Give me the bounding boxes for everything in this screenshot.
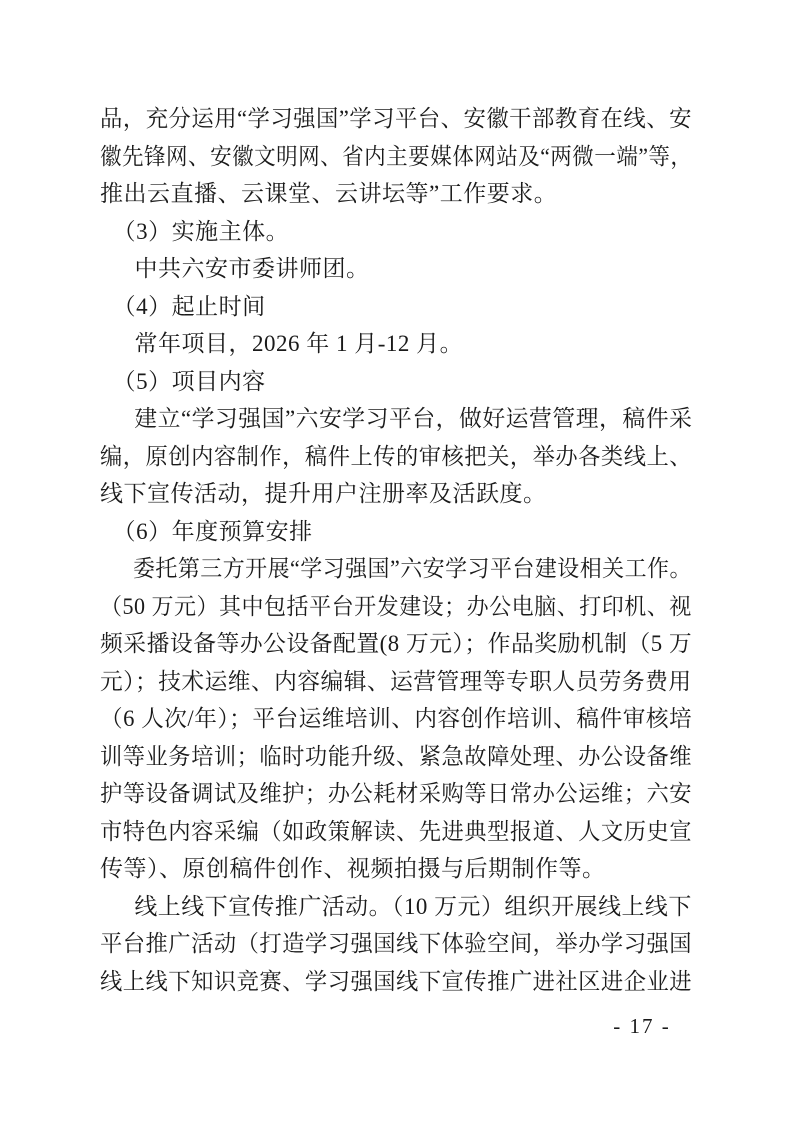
text-line: 线下宣传活动，提升用户注册率及活跃度。 bbox=[100, 475, 692, 513]
text-line: 频采播设备等办公设备配置(8 万元）；作品奖励机制（5 万 bbox=[100, 625, 687, 663]
text-line: 线上线下宣传推广活动。（10 万元）组织开展线上线下 bbox=[100, 888, 690, 926]
text-line: 平台推广活动（打造学习强国线下体验空间，举办学习强国 bbox=[100, 925, 674, 963]
document-body: 品，充分运用“学习强国”学习平台、安徽干部教育在线、安徽先锋网、安徽文明网、省内… bbox=[100, 100, 692, 1000]
text-line: 传等）、原创稿件创作、视频拍摄与后期制作等。 bbox=[100, 850, 692, 888]
text-line: 护等设备调试及维护；办公耗材采购等日常办公运维；六安 bbox=[100, 775, 674, 813]
text-line: （5）项目内容 bbox=[100, 363, 692, 401]
text-line: 推出云直播、云课堂、云讲坛等”工作要求。 bbox=[100, 175, 692, 213]
text-line: 元）；技术运维、内容编辑、运营管理等专职人员劳务费用 bbox=[100, 663, 684, 701]
text-line: （6 人次/年）；平台运维培训、内容创作培训、稿件审核培 bbox=[100, 700, 683, 738]
text-line: 中共六安市委讲师团。 bbox=[100, 250, 692, 288]
text-line: （50 万元）其中包括平台开发建设；办公电脑、打印机、视 bbox=[100, 588, 667, 626]
text-line: 委托第三方开展“学习强国”六安学习平台建设相关工作。 bbox=[100, 550, 665, 588]
text-line: 编，原创内容制作，稿件上传的审核把关，举办各类线上、 bbox=[100, 438, 674, 476]
text-line: 线上线下知识竞赛、学习强国线下宣传推广进社区进企业进 bbox=[100, 963, 674, 1001]
text-line: （3）实施主体。 bbox=[100, 213, 692, 251]
text-line: 市特色内容采编（如政策解读、先进典型报道、人文历史宣 bbox=[100, 813, 674, 851]
text-line: 训等业务培训；临时功能升级、紧急故障处理、办公设备维 bbox=[100, 738, 674, 776]
text-line: 常年项目，2026 年 1 月-12 月。 bbox=[100, 325, 692, 363]
text-line: 徽先锋网、安徽文明网、省内主要媒体网站及“两微一端”等， bbox=[100, 138, 655, 176]
text-line: 建立“学习强国”六安学习平台，做好运营管理，稿件采 bbox=[100, 400, 688, 438]
text-line: （4）起止时间 bbox=[100, 288, 692, 326]
page-number: - 17 - bbox=[607, 1014, 677, 1039]
text-line: （6）年度预算安排 bbox=[100, 513, 692, 551]
document-page: 品，充分运用“学习强国”学习平台、安徽干部教育在线、安徽先锋网、安徽文明网、省内… bbox=[0, 0, 793, 1122]
text-line: 品，充分运用“学习强国”学习平台、安徽干部教育在线、安 bbox=[100, 100, 675, 138]
